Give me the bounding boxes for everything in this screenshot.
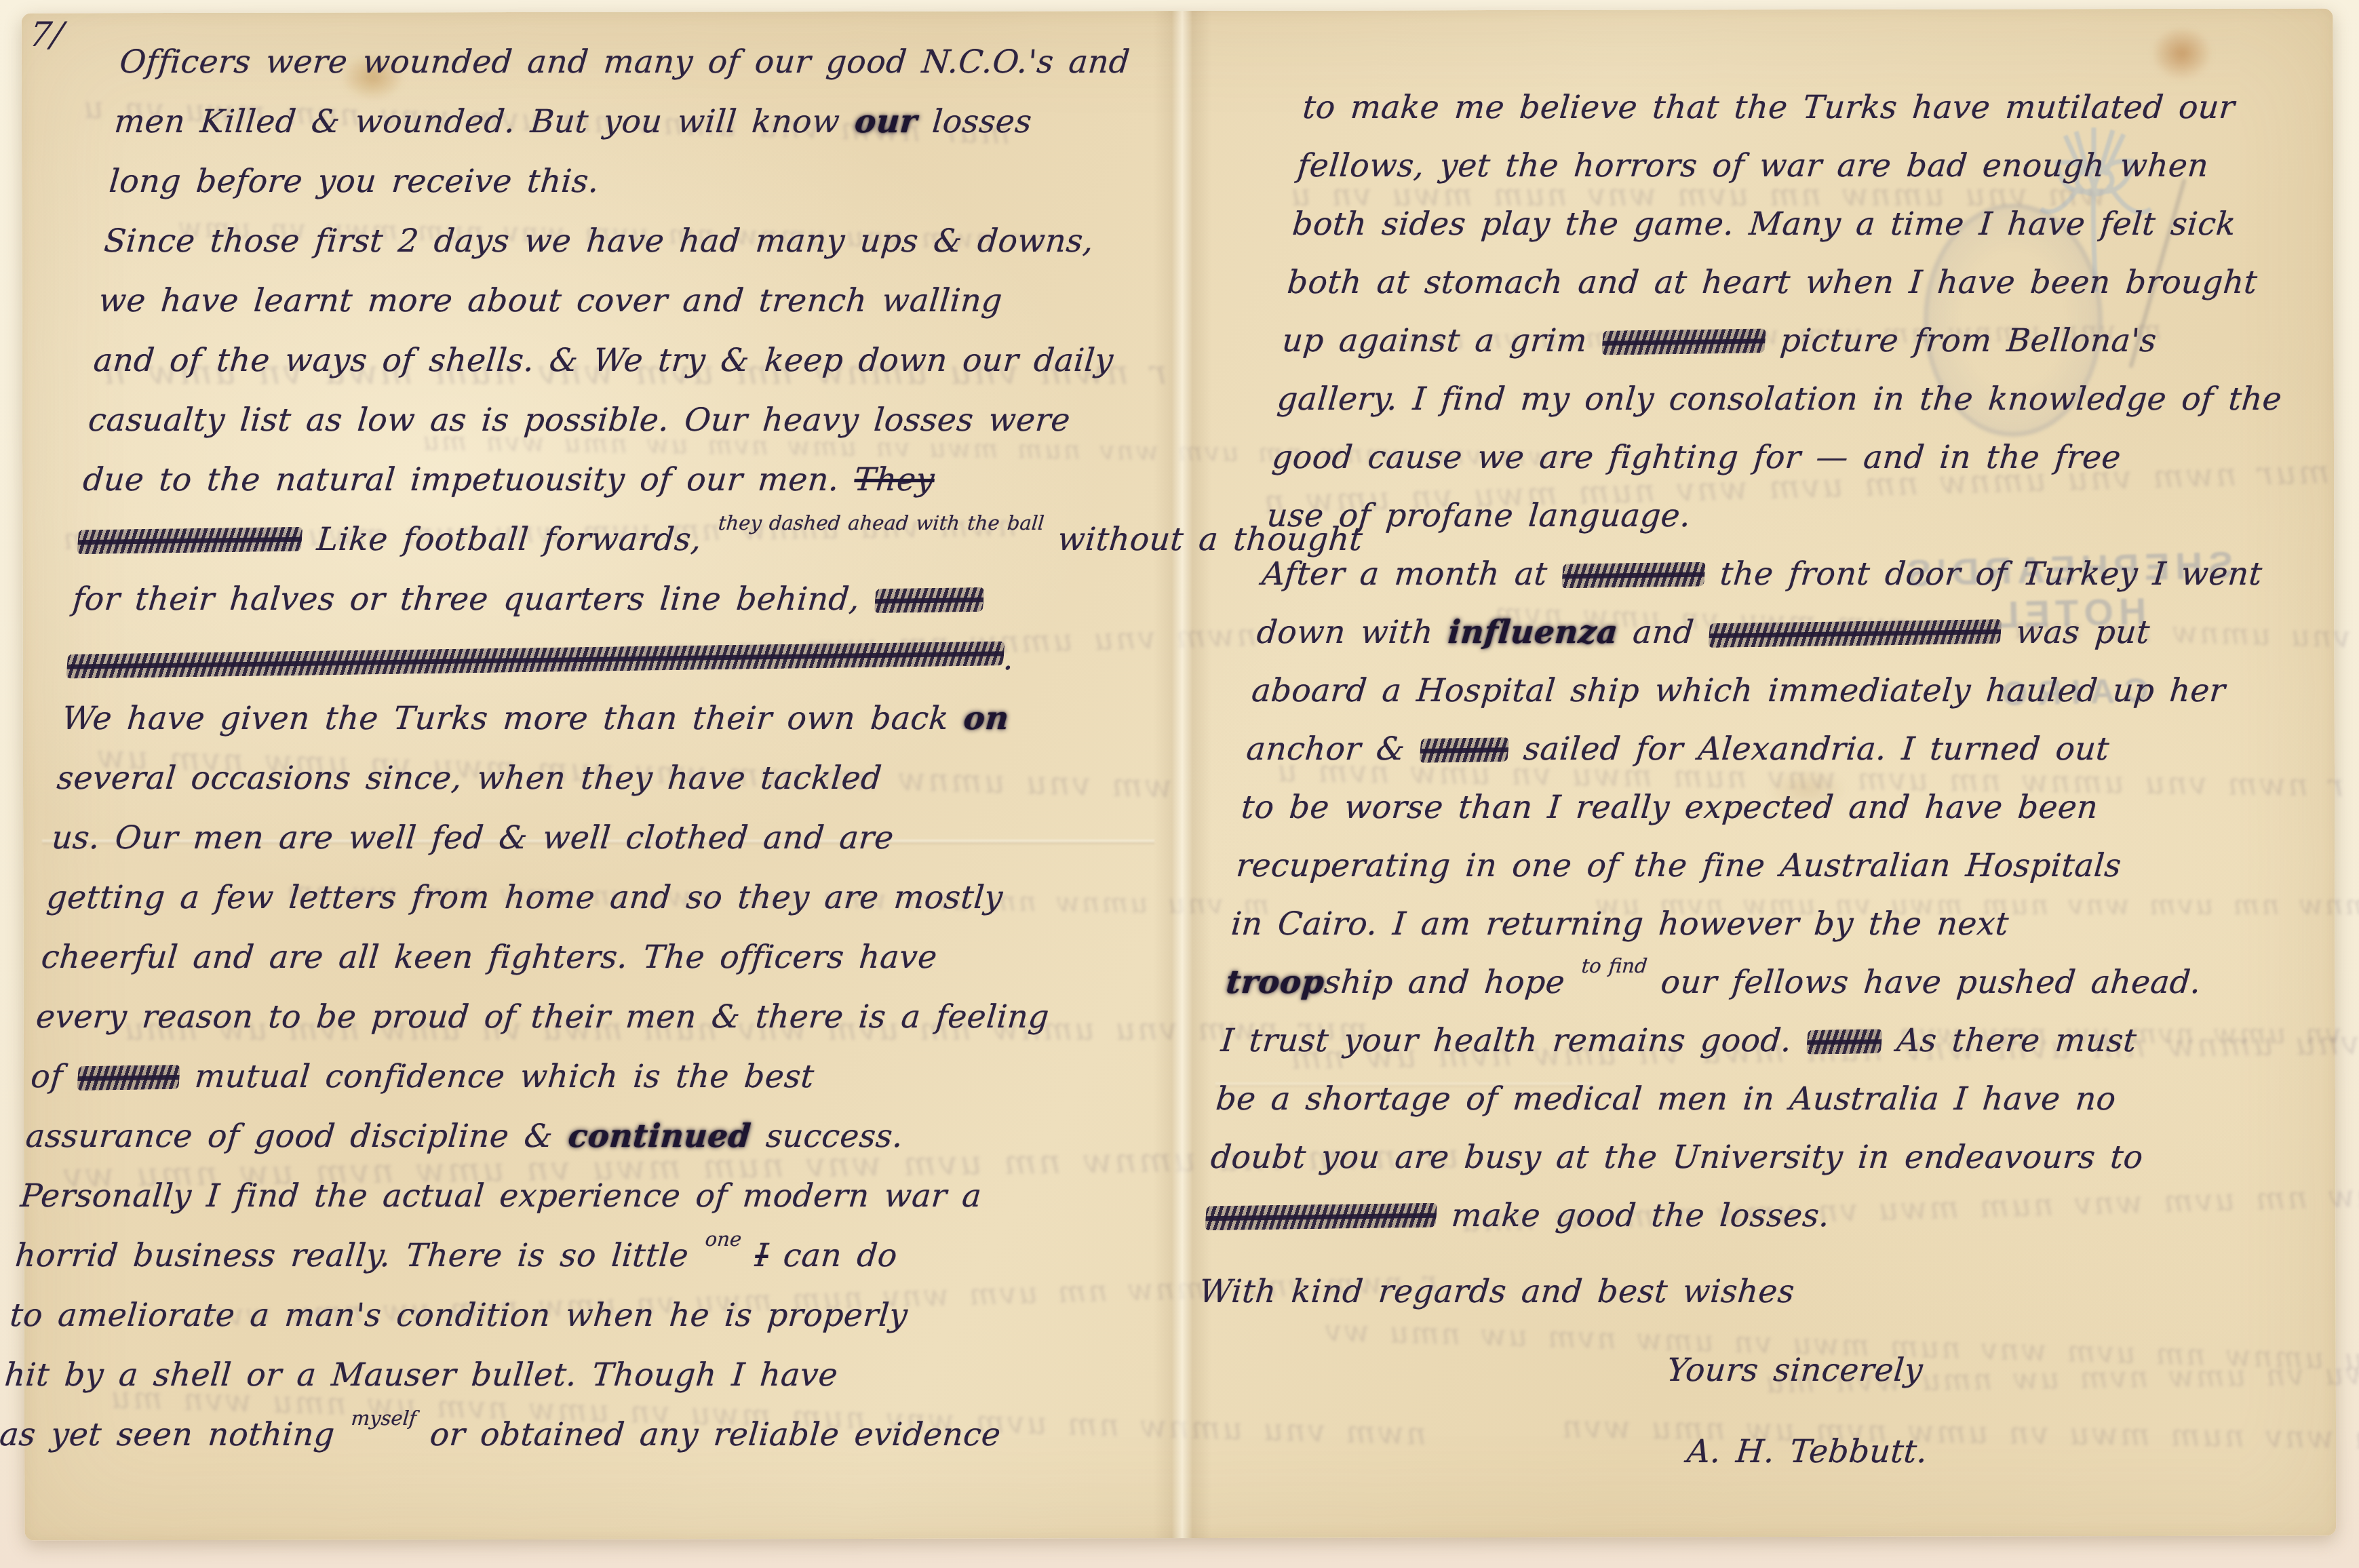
letter-text: we have learnt more about cover and tren… (97, 282, 1004, 319)
letter-line: Since those first 2 days we have had man… (102, 212, 1220, 271)
letter-text: be a shortage of medical men in Australi… (1214, 1080, 2118, 1118)
letter-text: After a month at (1260, 555, 1564, 593)
letter-line: as yet seen nothing myself or obtained a… (0, 1405, 1114, 1465)
ink-scribble-deletion (1561, 562, 1706, 589)
ink-scribble-deletion (66, 641, 1005, 678)
letter-text: as yet seen nothing (0, 1416, 351, 1453)
letter-line: to ameliorate a man's condition when he … (7, 1286, 1125, 1346)
letter-line: good cause we are fighting for — and in … (1270, 429, 2358, 487)
letter-text: Since those first 2 days we have had man… (102, 222, 1095, 260)
letter-page-left: Officers were wounded and many of our go… (0, 33, 1234, 1465)
letter-text: good cause we are fighting for — and in … (1270, 439, 2122, 476)
scanned-letter-document: { "document": { "type": "handwritten let… (0, 0, 2359, 1568)
letter-text: mutual confidence which is the best (178, 1058, 815, 1095)
letter-line: us. Our men are well fed & well clothed … (50, 808, 1167, 868)
letter-line: of mutual confidence which is the best (28, 1047, 1146, 1107)
letter-text: make good the losses. (1435, 1197, 1831, 1234)
letter-text: down with (1255, 614, 1450, 651)
overwritten-word: our (853, 103, 919, 140)
ink-scribble-deletion (1419, 737, 1509, 763)
letter-page-right: to make me believe that the Turks have m… (1183, 79, 2359, 1481)
letter-line: hit by a shell or a Mauser bullet. Thoug… (2, 1346, 1120, 1405)
letter-text: I trust your health remains good. (1220, 1022, 1809, 1059)
ink-scribble-deletion (77, 1065, 180, 1091)
letter-line: doubt you are busy at the University in … (1209, 1129, 2297, 1187)
letter-text: As there must (1880, 1022, 2139, 1059)
letter-text: long before you receive this. (108, 163, 601, 200)
letter-text: due to the natural impetuousity of our m… (81, 461, 856, 498)
overwritten-word: on (962, 700, 1011, 737)
letter-text: losses (916, 103, 1034, 140)
letter-line: Personally I find the actual experience … (18, 1167, 1135, 1226)
letter-text: can do (766, 1237, 899, 1274)
letter-text: the front door of Turkey I went (1703, 555, 2263, 593)
letter-text: Like football forwards, (300, 521, 719, 558)
letter-text: picture from Bellona's (1763, 322, 2158, 359)
letter-text: both at stomach and at heart when I have… (1286, 264, 2259, 301)
letter-line: due to the natural impetuousity of our m… (81, 450, 1198, 510)
letter-line: Officers were wounded and many of our go… (117, 33, 1235, 92)
letter-text: success. (749, 1118, 905, 1155)
letter-text: for their halves or three quarters line … (71, 581, 877, 618)
letter-text: several occasions since, when they have … (56, 760, 883, 797)
letter-line: to make me believe that the Turks have m… (1300, 79, 2359, 137)
letter-text: With kind regards and best wishes (1198, 1273, 1796, 1310)
letter-text: getting a few letters from home and so t… (45, 879, 1005, 916)
letter-line: Yours sincerely (1664, 1341, 2278, 1400)
ink-scribble-deletion (1708, 619, 2002, 648)
letter-line: both at stomach and at heart when I have… (1285, 254, 2359, 312)
paper-stain (2151, 26, 2212, 81)
letter-text: anchor & (1245, 730, 1422, 768)
letter-line: and of the ways of shells. & We try & ke… (91, 331, 1209, 391)
letter-line: Like football forwards, they dashed ahea… (75, 510, 1193, 570)
letter-line: be a shortage of medical men in Australi… (1213, 1070, 2301, 1129)
letter-line: several occasions since, when they have … (54, 749, 1172, 808)
letter-line: in Cairo. I am returning however by the … (1229, 895, 2317, 954)
letter-line: long before you receive this. (106, 152, 1224, 212)
overwritten-word: troop (1224, 964, 1325, 1001)
letter-line: up against a grim picture from Bellona's (1280, 312, 2359, 370)
letter-line: men Killed & wounded. But you will know … (112, 92, 1230, 152)
letter-text: hit by a shell or a Mauser bullet. Thoug… (3, 1356, 840, 1394)
letter-text: every reason to be proud of their men & … (35, 998, 1051, 1036)
letter-text: to be worse than I really expected and h… (1240, 789, 2100, 826)
page-number: 7/ (27, 15, 66, 54)
letter-text: in Cairo. I am returning however by the … (1230, 905, 2010, 943)
letter-text: Officers were wounded and many of our go… (118, 43, 1131, 81)
letter-text: sailed for Alexandria. I turned out (1506, 730, 2111, 768)
ink-scribble-deletion (77, 527, 303, 555)
letter-line: aboard a Hospital ship which immediately… (1249, 662, 2337, 720)
letter-line: we have learnt more about cover and tren… (96, 271, 1214, 331)
ink-scribble-deletion (874, 587, 985, 613)
letter-text: to ameliorate a man's condition when he … (8, 1297, 909, 1334)
letter-text: cheerful and are all keen fighters. The … (40, 939, 939, 976)
letter-text: was put (2000, 614, 2151, 651)
letter-line: I trust your health remains good. As the… (1219, 1012, 2307, 1070)
letter-line: cheerful and are all keen fighters. The … (39, 928, 1156, 987)
letter-text: of (29, 1058, 79, 1095)
letter-text: both sides play the game. Many a time I … (1291, 205, 2238, 243)
letter-line: gallery. I find my only consolation in t… (1274, 370, 2359, 429)
letter-text: men Killed & wounded. But you will know (113, 103, 856, 140)
letter-line: use of profane language. (1264, 487, 2352, 545)
struck-word: They (853, 461, 936, 498)
letter-text: We have given the Turks more than their … (60, 700, 965, 737)
letter-line: . (65, 629, 1183, 689)
letter-text: doubt you are busy at the University in … (1209, 1139, 2145, 1176)
letter-line: troopship and hope to find our fellows h… (1224, 954, 2312, 1012)
letter-line: every reason to be proud of their men & … (34, 987, 1152, 1047)
letter-text: our fellows have pushed ahead. (1644, 964, 2202, 1001)
letter-line: recuperating in one of the fine Australi… (1234, 837, 2322, 895)
letter-line: assurance of good discipline & continued… (23, 1107, 1141, 1167)
letter-line: After a month at the front door of Turke… (1260, 545, 2347, 604)
letter-text: aboard a Hospital ship which immediately… (1250, 672, 2227, 709)
letter-text: A. H. Tebbutt. (1685, 1433, 1929, 1470)
ink-scribble-deletion (1806, 1029, 1883, 1055)
letter-text: us. Our men are well fed & well clothed … (50, 819, 895, 857)
letter-line: horrid business really. There is so litt… (13, 1226, 1131, 1286)
letter-text: fellows, yet the horrors of war are bad … (1296, 147, 2210, 184)
letter-line: getting a few letters from home and so t… (44, 868, 1162, 928)
letter-text: ship and hope (1323, 964, 1582, 1001)
ink-scribble-deletion (1601, 328, 1766, 355)
letter-line: fellows, yet the horrors of war are bad … (1295, 137, 2359, 195)
letter-text: horrid business really. There is so litt… (14, 1237, 705, 1274)
letter-text: up against a grim (1281, 322, 1604, 359)
letter-line: We have given the Turks more than their … (60, 689, 1177, 749)
letter-text: Personally I find the actual experience … (19, 1177, 983, 1215)
letter-line: down with influenza and was put (1254, 604, 2342, 662)
letter-line: A. H. Tebbutt. (1685, 1423, 2271, 1481)
letter-text: and (1616, 614, 1711, 651)
letter-line: both sides play the game. Many a time I … (1290, 195, 2359, 254)
ink-scribble-deletion (1205, 1203, 1437, 1231)
letter-text: or obtained any reliable evidence (413, 1416, 1002, 1453)
letter-line: anchor & sailed for Alexandria. I turned… (1244, 720, 2332, 779)
letter-line: casualty list as low as is possible. Our… (85, 391, 1203, 450)
letter-text: to make me believe that the Turks have m… (1301, 89, 2236, 126)
letter-text: Yours sincerely (1665, 1352, 1924, 1389)
letter-text: recuperating in one of the fine Australi… (1235, 847, 2123, 884)
letter-text: gallery. I find my only consolation in t… (1276, 380, 2284, 418)
letter-text: use of profane language. (1266, 497, 1692, 534)
letter-line: for their halves or three quarters line … (70, 570, 1188, 629)
letter-line: make good the losses. (1203, 1187, 2291, 1245)
overwritten-word: continued (566, 1118, 752, 1155)
letter-text: and of the ways of shells. & We try & ke… (92, 342, 1115, 379)
overwritten-word: influenza (1447, 614, 1620, 651)
letter-line: With kind regards and best wishes (1196, 1263, 2284, 1321)
letter-text: casualty list as low as is possible. Our… (87, 401, 1072, 439)
letter-line: to be worse than I really expected and h… (1239, 779, 2327, 837)
letter-text: assurance of good discipline & (24, 1118, 570, 1155)
